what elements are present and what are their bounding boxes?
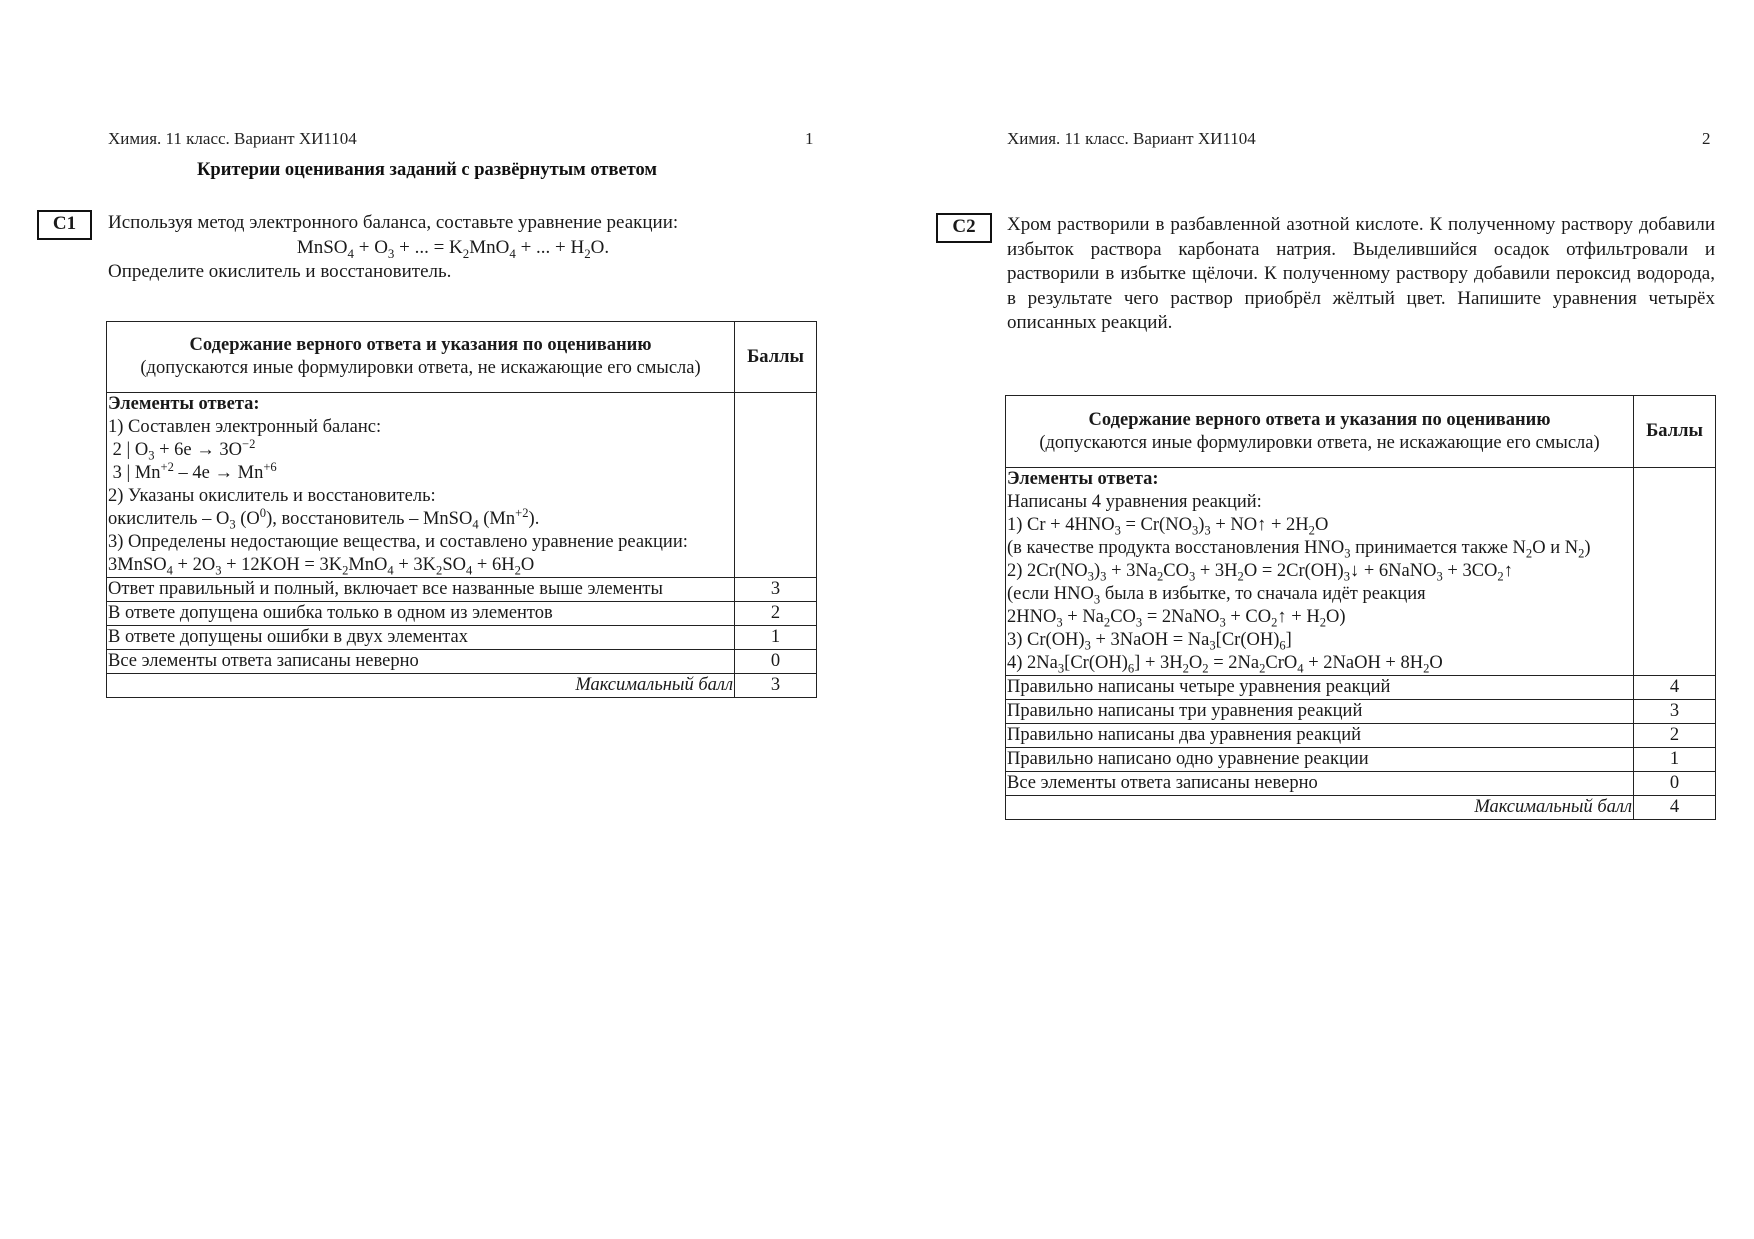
score-points: 3	[735, 578, 817, 602]
answer-element-line: 1) Cr + 4HNO3 = Cr(NO3)3 + NO↑ + 2H2O	[1007, 514, 1632, 537]
answer-element-line: 2) Указаны окислитель и восстановитель:	[108, 485, 733, 508]
answer-element-line: 2 | O3 + 6e → 3O−2	[108, 439, 733, 462]
score-points: 1	[1634, 748, 1716, 772]
task-label-c2: C2	[936, 213, 992, 243]
answer-element-line: 2) 2Cr(NO3)3 + 3Na2CO3 + 3H2O = 2Cr(OH)3…	[1007, 560, 1632, 583]
elements-list: Написаны 4 уравнения реакций:1) Cr + 4HN…	[1007, 491, 1632, 675]
score-row: Правильно написаны три уравнения реакций…	[1006, 700, 1716, 724]
score-points: 1	[735, 626, 817, 650]
score-criterion: Правильно написаны четыре уравнения реак…	[1006, 676, 1634, 700]
page-header: Химия. 11 класс. Вариант ХИ1104	[108, 129, 357, 149]
page-number: 2	[1702, 129, 1711, 149]
score-criterion: Правильно написаны два уравнения реакций	[1006, 724, 1634, 748]
score-criterion: Все элементы ответа записаны неверно	[107, 650, 735, 674]
score-criterion: В ответе допущены ошибки в двух элемента…	[107, 626, 735, 650]
content-header: Содержание верного ответа и указания по …	[107, 322, 735, 393]
task-prompt: Хром растворили в разбавленной азотной к…	[1007, 213, 1715, 336]
page-header: Химия. 11 класс. Вариант ХИ1104	[1007, 129, 1256, 149]
score-row: Правильно написаны четыре уравнения реак…	[1006, 676, 1716, 700]
points-cell-empty	[735, 393, 817, 578]
score-criterion: Правильно написано одно уравнение реакци…	[1006, 748, 1634, 772]
score-row: Правильно написано одно уравнение реакци…	[1006, 748, 1716, 772]
answer-elements: Элементы ответа: Написаны 4 уравнения ре…	[1006, 468, 1634, 676]
document-title: Критерии оценивания заданий с развёрнуты…	[197, 160, 657, 181]
score-criterion: В ответе допущена ошибка только в одном …	[107, 602, 735, 626]
score-criterion: Правильно написаны три уравнения реакций	[1006, 700, 1634, 724]
score-points: 2	[735, 602, 817, 626]
answer-element-line: 3 | Mn+2 – 4e → Mn+6	[108, 462, 733, 485]
answer-element-line: (в качестве продукта восстановления HNO3…	[1007, 537, 1632, 560]
answer-element-line: Написаны 4 уравнения реакций:	[1007, 491, 1632, 514]
points-cell-empty	[1634, 468, 1716, 676]
answer-element-line: 1) Составлен электронный баланс:	[108, 416, 733, 439]
score-criterion: Все элементы ответа записаны неверно	[1006, 772, 1634, 796]
points-header: Баллы	[1634, 396, 1716, 468]
max-score-label: Максимальный балл	[1006, 796, 1634, 820]
score-row: Все элементы ответа записаны неверно0	[1006, 772, 1716, 796]
answer-elements: Элементы ответа: 1) Составлен электронны…	[107, 393, 735, 578]
answer-element-line: 3) Определены недостающие вещества, и со…	[108, 531, 733, 554]
max-score-label: Максимальный балл	[107, 674, 735, 698]
answer-element-line: 3) Cr(OH)3 + 3NaOH = Na3[Cr(OH)6]	[1007, 629, 1632, 652]
points-header: Баллы	[735, 322, 817, 393]
task-label-c1: C1	[37, 210, 92, 240]
max-score-value: 4	[1634, 796, 1716, 820]
score-points: 2	[1634, 724, 1716, 748]
prompt-question: Определите окислитель и восстановитель.	[108, 260, 798, 285]
page-number: 1	[805, 129, 814, 149]
score-points: 0	[735, 650, 817, 674]
criteria-table: Содержание верного ответа и указания по …	[1005, 395, 1716, 820]
score-row: В ответе допущена ошибка только в одном …	[107, 602, 817, 626]
score-row: В ответе допущены ошибки в двух элемента…	[107, 626, 817, 650]
criteria-table: Содержание верного ответа и указания по …	[106, 321, 817, 698]
score-row: Правильно написаны два уравнения реакций…	[1006, 724, 1716, 748]
score-points: 4	[1634, 676, 1716, 700]
max-score-row: Максимальный балл3	[107, 674, 817, 698]
score-points: 3	[1634, 700, 1716, 724]
elements-list: 1) Составлен электронный баланс: 2 | O3 …	[108, 416, 733, 577]
max-score-value: 3	[735, 674, 817, 698]
answer-element-line: 4) 2Na3[Cr(OH)6] + 3H2O2 = 2Na2CrO4 + 2N…	[1007, 652, 1632, 675]
score-criterion: Ответ правильный и полный, включает все …	[107, 578, 735, 602]
score-row: Ответ правильный и полный, включает все …	[107, 578, 817, 602]
answer-element-line: 2HNO3 + Na2CO3 = 2NaNO3 + CO2↑ + H2O)	[1007, 606, 1632, 629]
reaction-equation: MnSO4 + O3 + ... = K2MnO4 + ... + H2O.	[108, 236, 798, 261]
score-points: 0	[1634, 772, 1716, 796]
task-prompt: Используя метод электронного баланса, со…	[108, 211, 798, 285]
answer-element-line: окислитель – O3 (O0), восстановитель – M…	[108, 508, 733, 531]
answer-element-line: 3MnSO4 + 2O3 + 12KOH = 3K2MnO4 + 3K2SO4 …	[108, 554, 733, 577]
score-row: Все элементы ответа записаны неверно0	[107, 650, 817, 674]
prompt-text: Используя метод электронного баланса, со…	[108, 211, 798, 236]
content-header: Содержание верного ответа и указания по …	[1006, 396, 1634, 468]
max-score-row: Максимальный балл4	[1006, 796, 1716, 820]
answer-element-line: (если HNO3 была в избытке, то сначала ид…	[1007, 583, 1632, 606]
